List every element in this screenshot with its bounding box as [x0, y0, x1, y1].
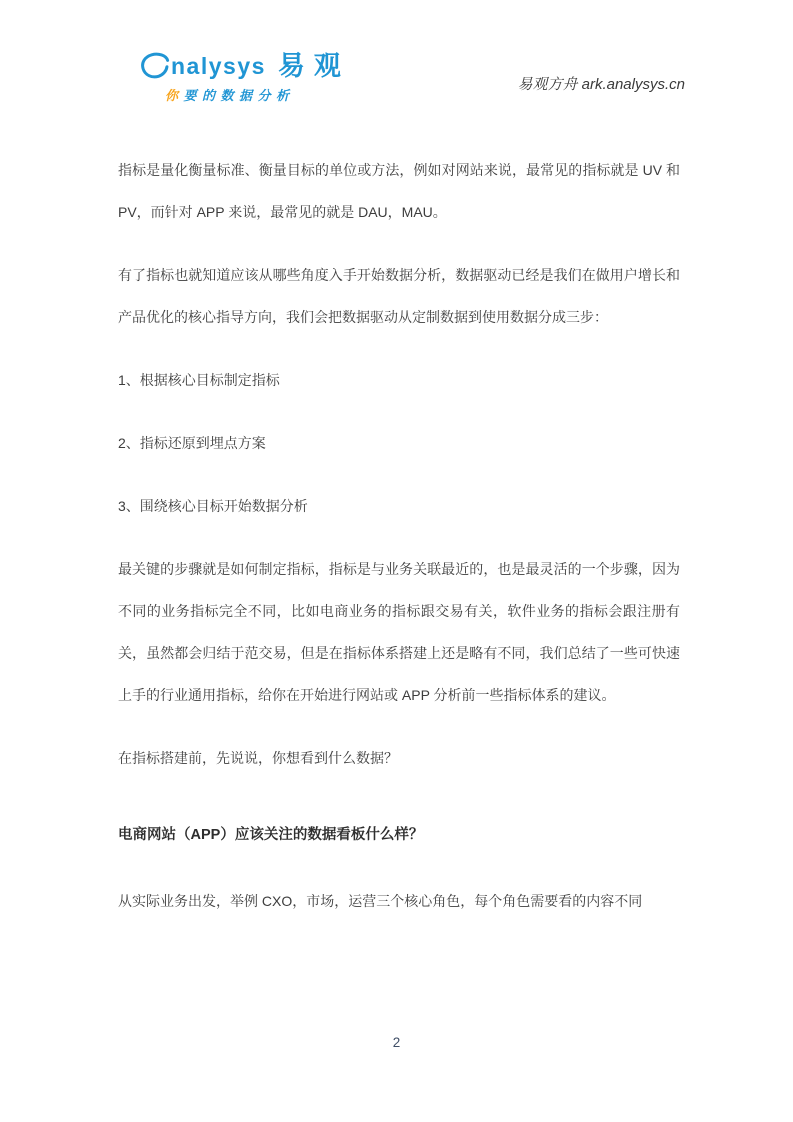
page-footer: 2	[0, 1034, 793, 1052]
analysys-swoosh-icon	[140, 52, 170, 80]
logo-brand-latin: nalysys	[171, 55, 266, 78]
document-body: 指标是量化衡量标准、衡量目标的单位或方法，例如对网站来说，最常见的指标就是 UV…	[118, 149, 680, 943]
header-product-url: 易观方舟 ark.analysys.cn	[517, 73, 685, 94]
paragraph-metrics-definition: 指标是量化衡量标准、衡量目标的单位或方法，例如对网站来说，最常见的指标就是 UV…	[118, 149, 680, 233]
list-item-2: 2、指标还原到埋点方案	[118, 422, 680, 464]
paragraph-roles: 从实际业务出发，举例 CXO，市场，运营三个核心角色，每个角色需要看的内容不同	[118, 880, 680, 922]
list-item-1: 1、根据核心目标制定指标	[118, 359, 680, 401]
logo-tagline-rest: 要的数据分析	[184, 88, 295, 103]
logo-tagline: 你要的数据分析	[165, 85, 350, 104]
section-heading-ecommerce-dashboard: 电商网站（APP）应该关注的数据看板什么样？	[118, 814, 680, 856]
list-item-3: 3、围绕核心目标开始数据分析	[118, 485, 680, 527]
analysys-logo: nalysys 易观 你要的数据分析	[140, 50, 350, 104]
page-number: 2	[393, 1035, 401, 1050]
paragraph-question: 在指标搭建前，先说说，你想看到什么数据？	[118, 737, 680, 779]
logo-brand-row: nalysys 易观	[140, 50, 350, 82]
paragraph-data-driven-intro: 有了指标也就知道应该从哪些角度入手开始数据分析，数据驱动已经是我们在做用户增长和…	[118, 254, 680, 338]
document-page: nalysys 易观 你要的数据分析 易观方舟 ark.analysys.cn …	[0, 0, 793, 1122]
logo-tagline-first-char: 你	[165, 88, 184, 103]
paragraph-key-step: 最关键的步骤就是如何制定指标，指标是与业务关联最近的，也是最灵活的一个步骤，因为…	[118, 548, 680, 716]
logo-brand-cjk: 易观	[278, 53, 350, 80]
